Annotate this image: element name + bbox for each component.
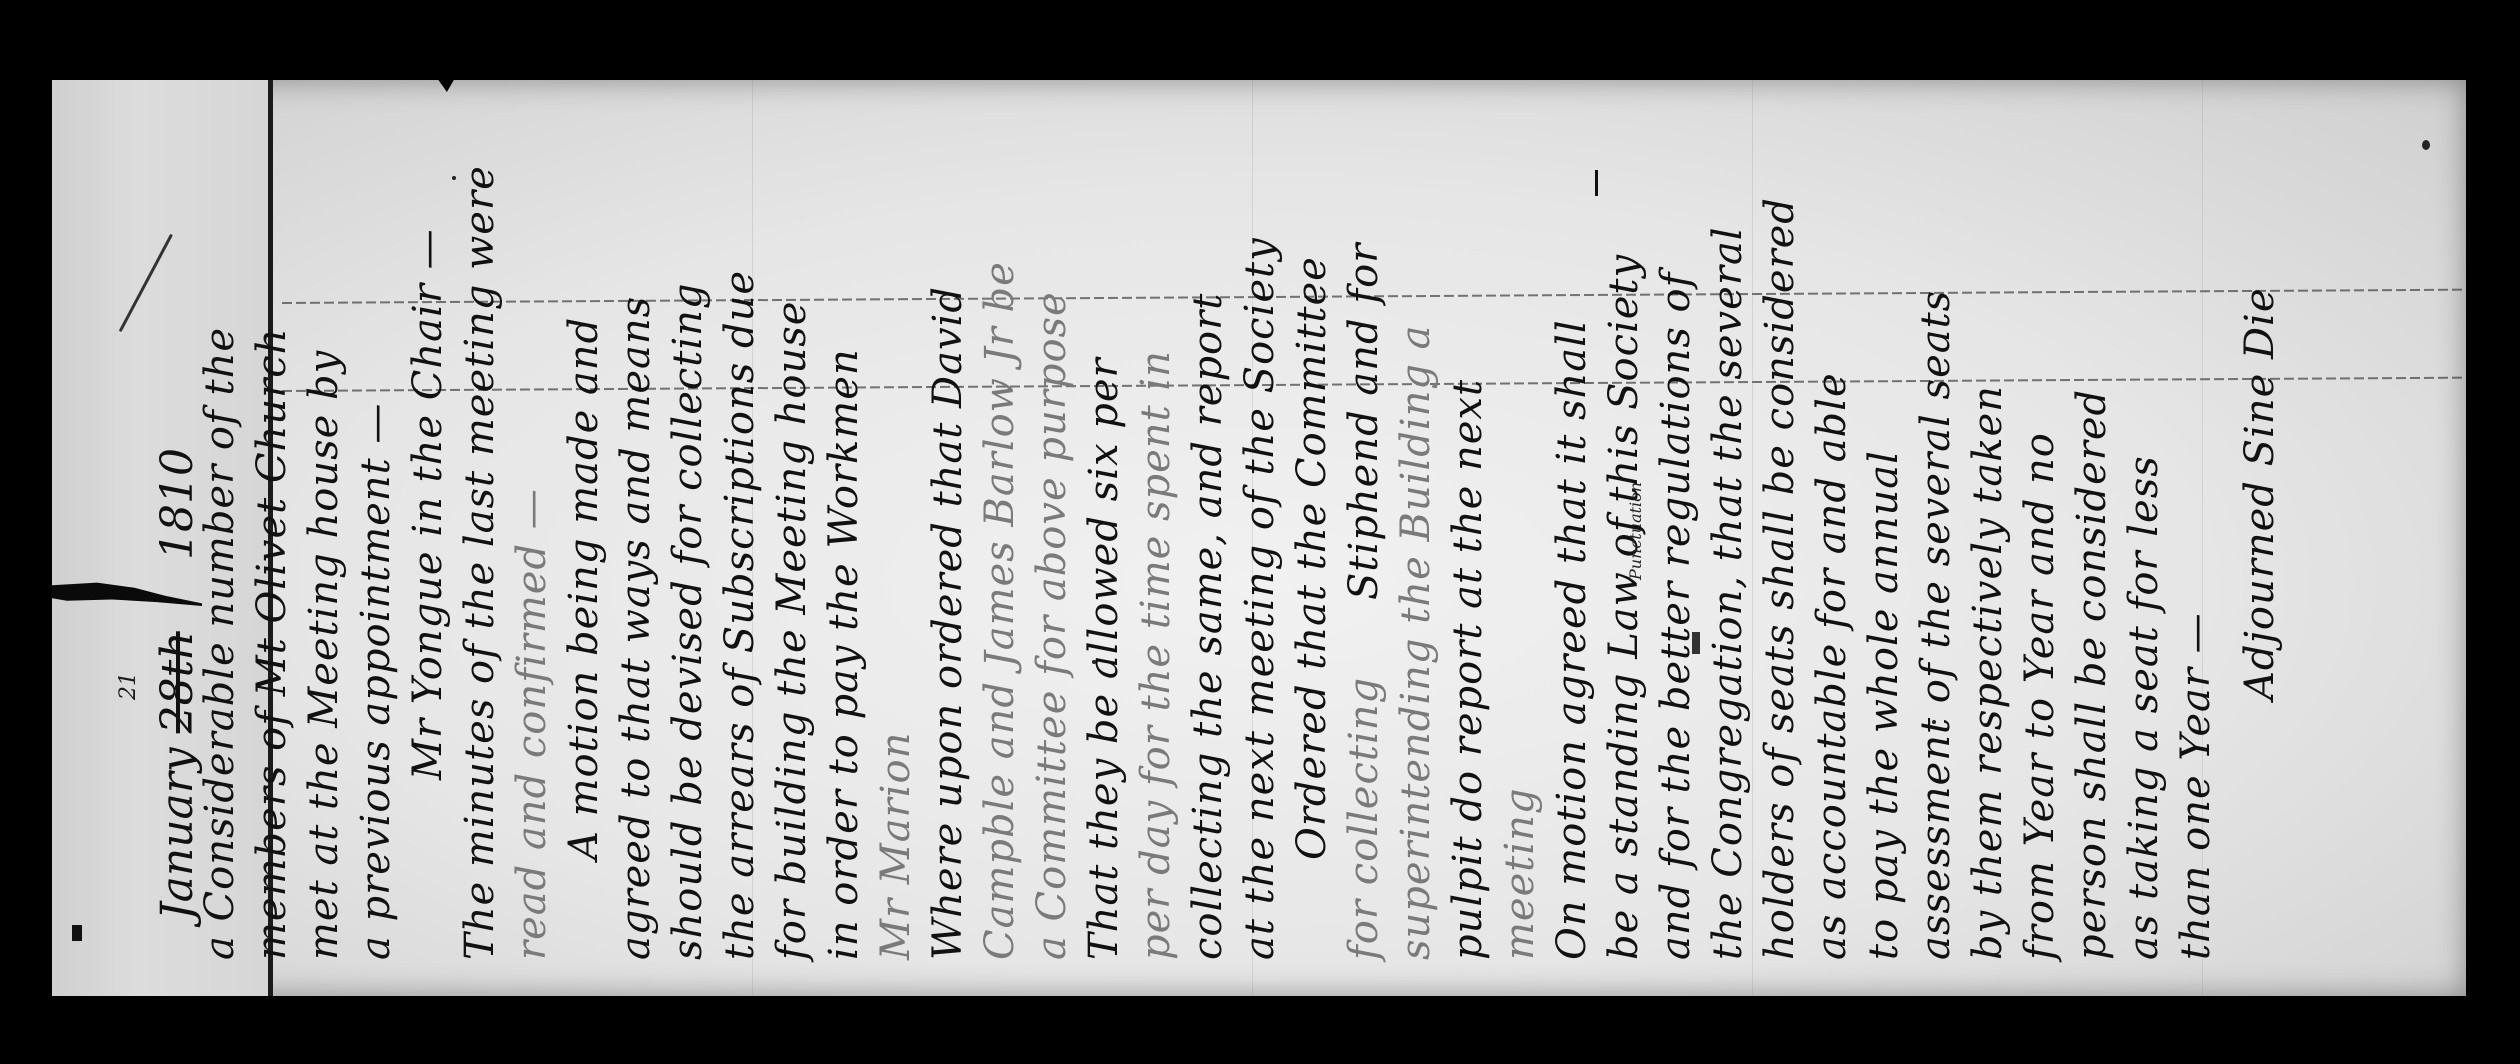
pen-mark bbox=[1595, 170, 1598, 196]
ink-speck bbox=[452, 176, 456, 180]
text-line: and for the better regulations of bbox=[1653, 272, 1699, 960]
date-month: January bbox=[152, 747, 203, 920]
faint-rule bbox=[1752, 80, 1753, 996]
text-line: read and confirmed — bbox=[509, 488, 555, 960]
text-line: That they be allowed six per bbox=[1081, 357, 1127, 960]
text-line: from Year to Year and no bbox=[2017, 432, 2063, 960]
date-day: 28th bbox=[152, 631, 203, 733]
text-line: assessment of the several seats bbox=[1913, 290, 1959, 960]
ink-speck bbox=[1092, 660, 1096, 664]
text-line: Stiphend and for bbox=[1341, 243, 1387, 600]
text-line: than one Year — bbox=[2173, 612, 2219, 960]
date-year: 1810 bbox=[152, 448, 203, 560]
document-viewer: January 28th 21 1810 a Considerable numb… bbox=[0, 0, 2520, 1064]
text-line: Where upon ordered that David bbox=[925, 286, 971, 960]
text-line: Campble and James Barlow Jr be bbox=[977, 261, 1023, 960]
text-line: for building the Meeting house bbox=[769, 301, 815, 960]
text-line: Mr Yongue in the Chair — bbox=[405, 228, 451, 780]
text-line: the arrears of Subscriptions due bbox=[717, 270, 763, 960]
text-line: as taking a seat for less bbox=[2121, 455, 2167, 960]
text-line: be a standing Law of this Society bbox=[1601, 254, 1647, 960]
text-line: the Congregation, that the several bbox=[1705, 226, 1751, 960]
text-line: in order to pay the Workmen bbox=[821, 348, 867, 960]
text-line: members of Mt Olivet Church bbox=[249, 328, 295, 960]
text-line: meeting bbox=[1497, 787, 1543, 960]
margin-mark bbox=[72, 925, 82, 941]
ink-speck bbox=[1932, 720, 1936, 724]
text-line: superintending the Building a bbox=[1393, 324, 1439, 960]
date-day-correction: 21 bbox=[116, 672, 141, 700]
text-line: a Committee for above purpose bbox=[1029, 291, 1075, 960]
text-line: as accountable for and able bbox=[1809, 372, 1855, 960]
text-line: a Considerable number of the bbox=[197, 327, 243, 960]
text-line: Mr Marion bbox=[873, 732, 919, 960]
text-line: collecting the same, and report bbox=[1185, 293, 1231, 960]
text-line: should be devised for collecting bbox=[665, 282, 711, 960]
ink-speck bbox=[2422, 140, 2430, 150]
text-line: On motion agreed that it shall bbox=[1549, 319, 1595, 960]
text-line: person shall be considered bbox=[2069, 389, 2115, 960]
margin-date: January 28th bbox=[152, 631, 203, 920]
text-line: pulpit do report at the next bbox=[1445, 379, 1491, 960]
text-line: agreed to that ways and means bbox=[613, 296, 659, 960]
text-line: A motion being made and bbox=[561, 317, 607, 860]
text-line: at the next meeting of the Society bbox=[1237, 237, 1283, 960]
text-line: by them respectively taken bbox=[1965, 385, 2011, 960]
text-line: for collecting bbox=[1341, 677, 1387, 960]
text-line: to pay the whole annual bbox=[1861, 450, 1907, 960]
ink-blot bbox=[1692, 632, 1700, 654]
text-line: Adjourned Sine Die bbox=[2237, 288, 2283, 701]
text-line: The minutes of the last meeting were bbox=[457, 165, 503, 960]
text-line: per day for the time spent in bbox=[1133, 350, 1179, 960]
text-line: met at the Meeting house by bbox=[301, 350, 347, 960]
text-line: a previous appointment — bbox=[353, 403, 399, 960]
text-line: holders of seats shall be considered bbox=[1757, 197, 1803, 960]
text-line: Ordered that the Committee bbox=[1289, 256, 1335, 860]
manuscript-page: January 28th 21 1810 a Considerable numb… bbox=[52, 80, 2466, 996]
paper-notch bbox=[437, 80, 455, 92]
interlinear-insertion: Punctuation bbox=[1626, 482, 1645, 580]
